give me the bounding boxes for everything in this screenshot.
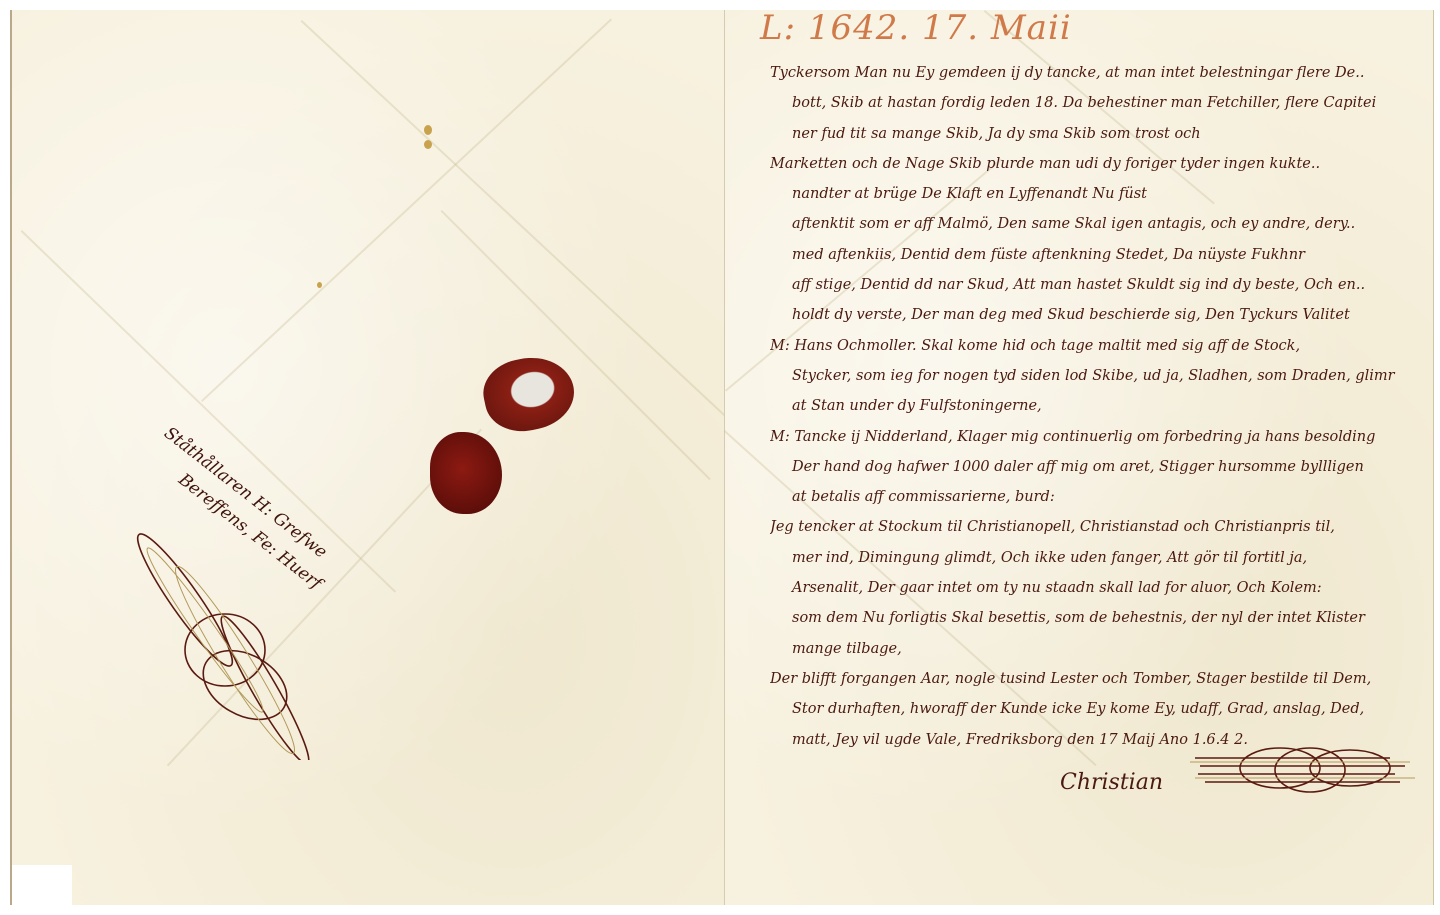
letter-line: at Stan under dy Fulfstoningerne, [770,391,1430,421]
letter-line: holdt dy verste, Der man deg med Skud be… [770,300,1430,330]
letter-line: aftenktit som er aff Malmö, Den same Ska… [770,209,1430,239]
torn-corner [12,865,72,905]
letter-line: Jeg tencker at Stockum til Christianopel… [770,512,1430,542]
signature-flourish [1190,740,1420,800]
letter-line: M: Hans Ochmoller. Skal kome hid och tag… [770,331,1430,361]
letter-line: aff stige, Dentid dd nar Skud, Att man h… [770,270,1430,300]
letter-line: nandter at brüge De Klaft en Lyffenandt … [770,179,1430,209]
letter-line: mange tilbage, [770,634,1430,664]
letter-line: med aftenkiis, Dentid dem füste aftenkni… [770,240,1430,270]
letter-line: mer ind, Dimingung glimdt, Och ikke uden… [770,543,1430,573]
letter-line: Der hand dog hafwer 1000 daler aff mig o… [770,452,1430,482]
intact-wax-seal [430,432,502,514]
letter-line: Stycker, som ieg for nogen tyd siden lod… [770,361,1430,391]
letter-body: Tyckersom Man nu Ey gemdeen ij dy tancke… [770,58,1430,755]
fold-crease [201,19,612,402]
letter-line: M: Tancke ij Nidderland, Klager mig cont… [770,422,1430,452]
letter-line: Marketten och de Nage Skib plurde man ud… [770,149,1430,179]
letter-line: bott, Skib at hastan fordig leden 18. Da… [770,88,1430,118]
letter-line: Tyckersom Man nu Ey gemdeen ij dy tancke… [770,58,1430,88]
ink-stain [317,282,322,288]
signature: Christian [1060,770,1163,795]
left-page [10,10,724,905]
ink-stain [424,125,432,135]
letter-line: ner fud tit sa mange Skib, Ja dy sma Ski… [770,119,1430,149]
archival-date-annotation: L: 1642. 17. Maii [760,8,1072,48]
letter-line: Der blifft forgangen Aar, nogle tusind L… [770,664,1430,694]
letter-line: Stor durhaften, hworaff der Kunde icke E… [770,694,1430,724]
ink-stain [424,140,432,149]
letter-line: som dem Nu forligtis Skal besettis, som … [770,603,1430,633]
letter-line: at betalis aff commissarierne, burd: [770,482,1430,512]
letter-line: Arsenalit, Der gaar intet om ty nu staad… [770,573,1430,603]
